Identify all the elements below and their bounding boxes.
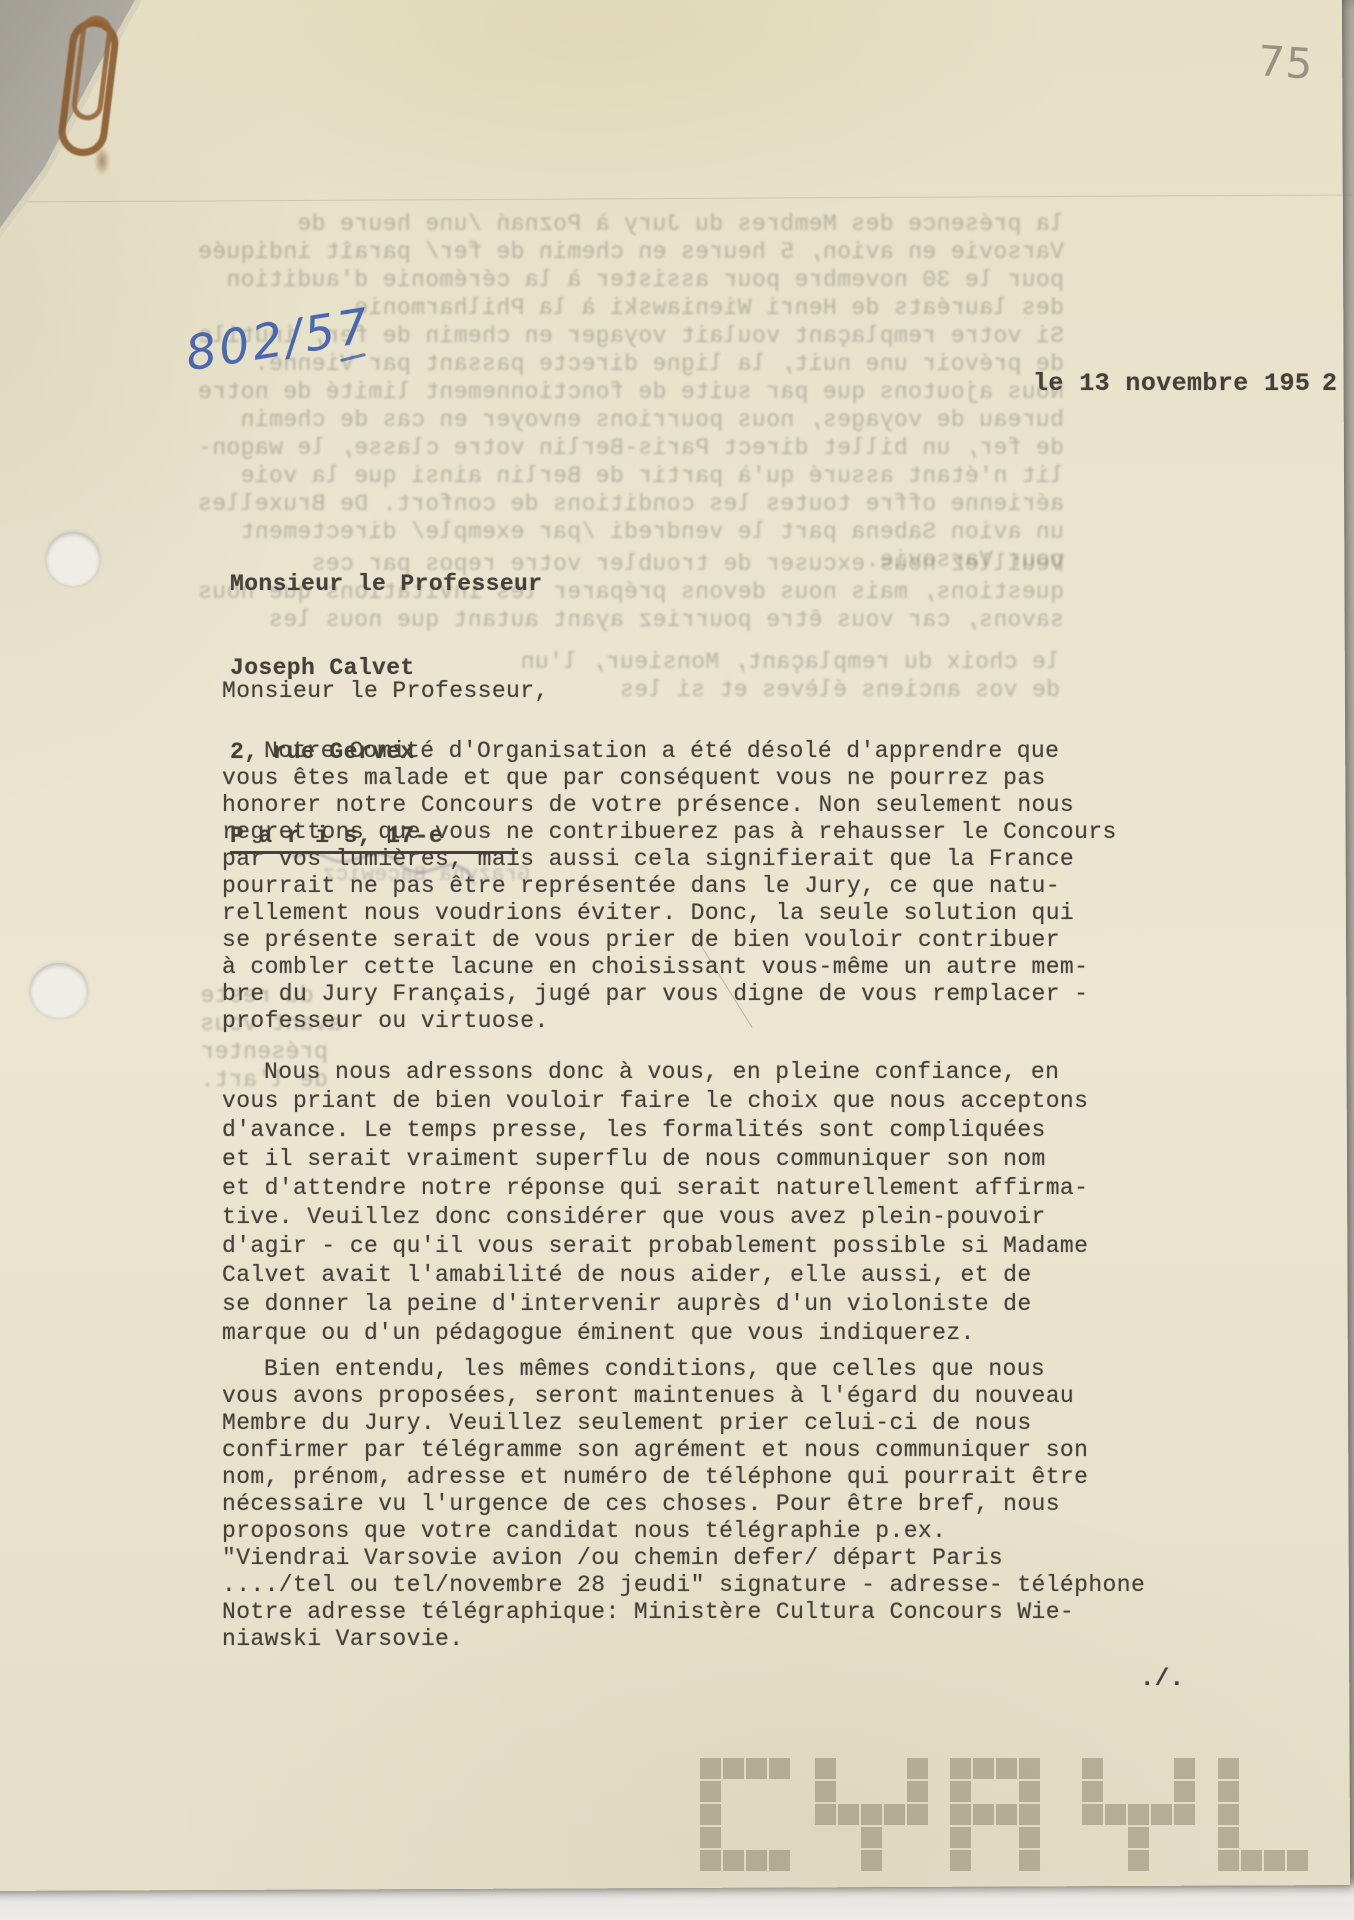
body-paragraph-1: Notre Comité d'Organisation a été désolé…: [222, 738, 1117, 1035]
watermark-block: [1019, 1758, 1040, 1779]
body-line: Membre du Jury. Veuillez seulement prier…: [222, 1410, 1145, 1437]
watermark-block: [1019, 1850, 1040, 1871]
watermark-block: [950, 1804, 971, 1825]
body-line: regrettons que vous ne contribuerez pas …: [222, 819, 1117, 846]
watermark-block: [1082, 1804, 1103, 1825]
watermark-block: [861, 1850, 882, 1871]
body-line: vous êtes malade et que par conséquent v…: [222, 765, 1117, 792]
salutation: Monsieur le Professeur,: [222, 678, 549, 704]
body-line: pourrait ne pas être représentée dans le…: [222, 873, 1117, 900]
date-line: le 13 novembre 195: [1033, 369, 1310, 398]
body-line: à combler cette lacune en choisissant vo…: [222, 954, 1117, 981]
watermark-block: [861, 1827, 882, 1848]
watermark-block: [1128, 1827, 1149, 1848]
body-line: proposons que votre candidat nous télégr…: [222, 1518, 1145, 1545]
watermark-block: [1128, 1850, 1149, 1871]
bleedthrough-line: Varsovie en avion, 5 heures en chemin de…: [218, 238, 1064, 266]
watermark-block: [700, 1758, 721, 1779]
body-line: Bien entendu, les mêmes conditions, que …: [222, 1356, 1145, 1383]
watermark-block: [1241, 1850, 1262, 1871]
body-line: d'agir - ce qu'il vous serait probableme…: [222, 1232, 1088, 1261]
bleedthrough-line: le choix du remplaçant, Monsieur, l'un: [560, 648, 1060, 676]
watermark-block: [1019, 1827, 1040, 1848]
body-line: confirmer par télégramme son agrément et…: [222, 1437, 1145, 1464]
bleedthrough-line: lit n'étant assuré qu'à partir de Berlin…: [218, 462, 1064, 490]
watermark-block: [1019, 1781, 1040, 1802]
watermark-block: [1174, 1758, 1195, 1779]
body-line: Notre adresse télégraphique: Ministère C…: [222, 1599, 1145, 1626]
body-line: "Viendrai Varsovie avion /ou chemin defe…: [222, 1545, 1145, 1572]
watermark-block: [907, 1758, 928, 1779]
watermark-block: [907, 1804, 928, 1825]
watermark-block: [700, 1850, 721, 1871]
rust-stain: [94, 146, 110, 176]
body-line: Notre Comité d'Organisation a été désolé…: [222, 738, 1117, 765]
watermark-block: [996, 1804, 1017, 1825]
watermark-block: [950, 1850, 971, 1871]
recipient-name-title: Monsieur le Professeur: [230, 570, 542, 598]
body-line: vous avons proposées, seront maintenues …: [222, 1383, 1145, 1410]
body-paragraph-3: Bien entendu, les mêmes conditions, que …: [222, 1356, 1145, 1653]
body-line: marque ou d'un pédagogue éminent que vou…: [222, 1319, 1088, 1348]
body-line: vous priant de bien vouloir faire le cho…: [222, 1087, 1088, 1116]
scanned-letter-page: la présence des Membres du Jury à Poznań…: [0, 0, 1354, 1920]
body-line: honorer notre Concours de votre présence…: [222, 792, 1117, 819]
watermark-block: [700, 1781, 721, 1802]
bleedthrough-line: de vos anciens élèves et si les: [560, 676, 1060, 704]
date-partial-digit: 2: [1322, 369, 1344, 398]
watermark-block: [700, 1804, 721, 1825]
watermark-block: [1218, 1758, 1239, 1779]
watermark-block: [1174, 1781, 1195, 1802]
watermark-block: [769, 1758, 790, 1779]
watermark-block: [1105, 1804, 1126, 1825]
body-line: nécessaire vu l'urgence de ces choses. P…: [222, 1491, 1145, 1518]
watermark-block: [884, 1804, 905, 1825]
watermark-block: [746, 1850, 767, 1871]
bleedthrough-line: bureau de voyages, nous pourrions envoye…: [218, 406, 1064, 434]
bleedthrough-block: le choix du remplaçant, Monsieur, l'unde…: [560, 648, 1060, 704]
watermark-block: [1287, 1850, 1308, 1871]
body-line: se présente serait de vous prier de bien…: [222, 927, 1117, 954]
cyryl-watermark: [0, 1758, 1354, 1876]
punch-hole: [30, 963, 88, 1018]
body-line: par vos lumières, mais aussi cela signif…: [222, 846, 1117, 873]
body-line: ..../tel ou tel/novembre 28 jeudi" signa…: [222, 1572, 1145, 1599]
watermark-block: [861, 1804, 882, 1825]
watermark-block: [950, 1758, 971, 1779]
watermark-block: [1082, 1758, 1103, 1779]
body-line: d'avance. Le temps presse, les formalité…: [222, 1116, 1088, 1145]
watermark-block: [815, 1781, 836, 1802]
watermark-block: [973, 1804, 994, 1825]
watermark-block: [1218, 1827, 1239, 1848]
body-line: et d'attendre notre réponse qui serait n…: [222, 1174, 1088, 1203]
body-line: tive. Veuillez donc considérer que vous …: [222, 1203, 1088, 1232]
body-line: Nous nous adressons donc à vous, en plei…: [222, 1058, 1088, 1087]
watermark-block: [769, 1850, 790, 1871]
watermark-block: [1128, 1804, 1149, 1825]
bleedthrough-line: Nous ajoutons que par suite de fonctionn…: [218, 378, 1064, 406]
watermark-block: [1218, 1781, 1239, 1802]
watermark-block: [723, 1850, 744, 1871]
bleedthrough-line: pour le 30 novembre pour assister à la c…: [218, 266, 1064, 294]
watermark-block: [746, 1758, 767, 1779]
corner-note-pencil: 75: [1256, 36, 1315, 89]
bleedthrough-line: de fer, un billet direct Paris-Berlin vo…: [218, 434, 1064, 462]
watermark-block: [815, 1804, 836, 1825]
watermark-block: [815, 1758, 836, 1779]
watermark-block: [907, 1781, 928, 1802]
continuation-mark: ./.: [1140, 1666, 1184, 1693]
watermark-block: [1264, 1850, 1285, 1871]
watermark-block: [700, 1827, 721, 1848]
watermark-block: [1019, 1804, 1040, 1825]
body-paragraph-2: Nous nous adressons donc à vous, en plei…: [222, 1058, 1088, 1348]
watermark-block: [838, 1804, 859, 1825]
watermark-block: [1151, 1804, 1172, 1825]
watermark-block: [950, 1827, 971, 1848]
body-line: Calvet avait l'amabilité de nous aider, …: [222, 1261, 1088, 1290]
watermark-block: [973, 1758, 994, 1779]
watermark-block: [1218, 1804, 1239, 1825]
watermark-block: [1218, 1850, 1239, 1871]
watermark-block: [1174, 1804, 1195, 1825]
watermark-block: [996, 1758, 1017, 1779]
body-line: bre du Jury Français, jugé par vous dign…: [222, 981, 1117, 1008]
body-line: se donner la peine d'intervenir auprès d…: [222, 1290, 1088, 1319]
body-line: professeur ou virtuose.: [222, 1008, 1117, 1035]
body-line: rellement nous voudrions éviter. Donc, l…: [222, 900, 1117, 927]
punch-hole: [46, 532, 100, 586]
watermark-block: [1082, 1781, 1103, 1802]
bleedthrough-line: la présence des Membres du Jury à Poznań…: [218, 210, 1064, 238]
body-line: et il serait vraiment superflu de nous c…: [222, 1145, 1088, 1174]
watermark-block: [950, 1781, 971, 1802]
watermark-block: [723, 1758, 744, 1779]
body-line: nom, prénom, adresse et numéro de téléph…: [222, 1464, 1145, 1491]
body-line: niawski Varsovie.: [222, 1626, 1145, 1653]
